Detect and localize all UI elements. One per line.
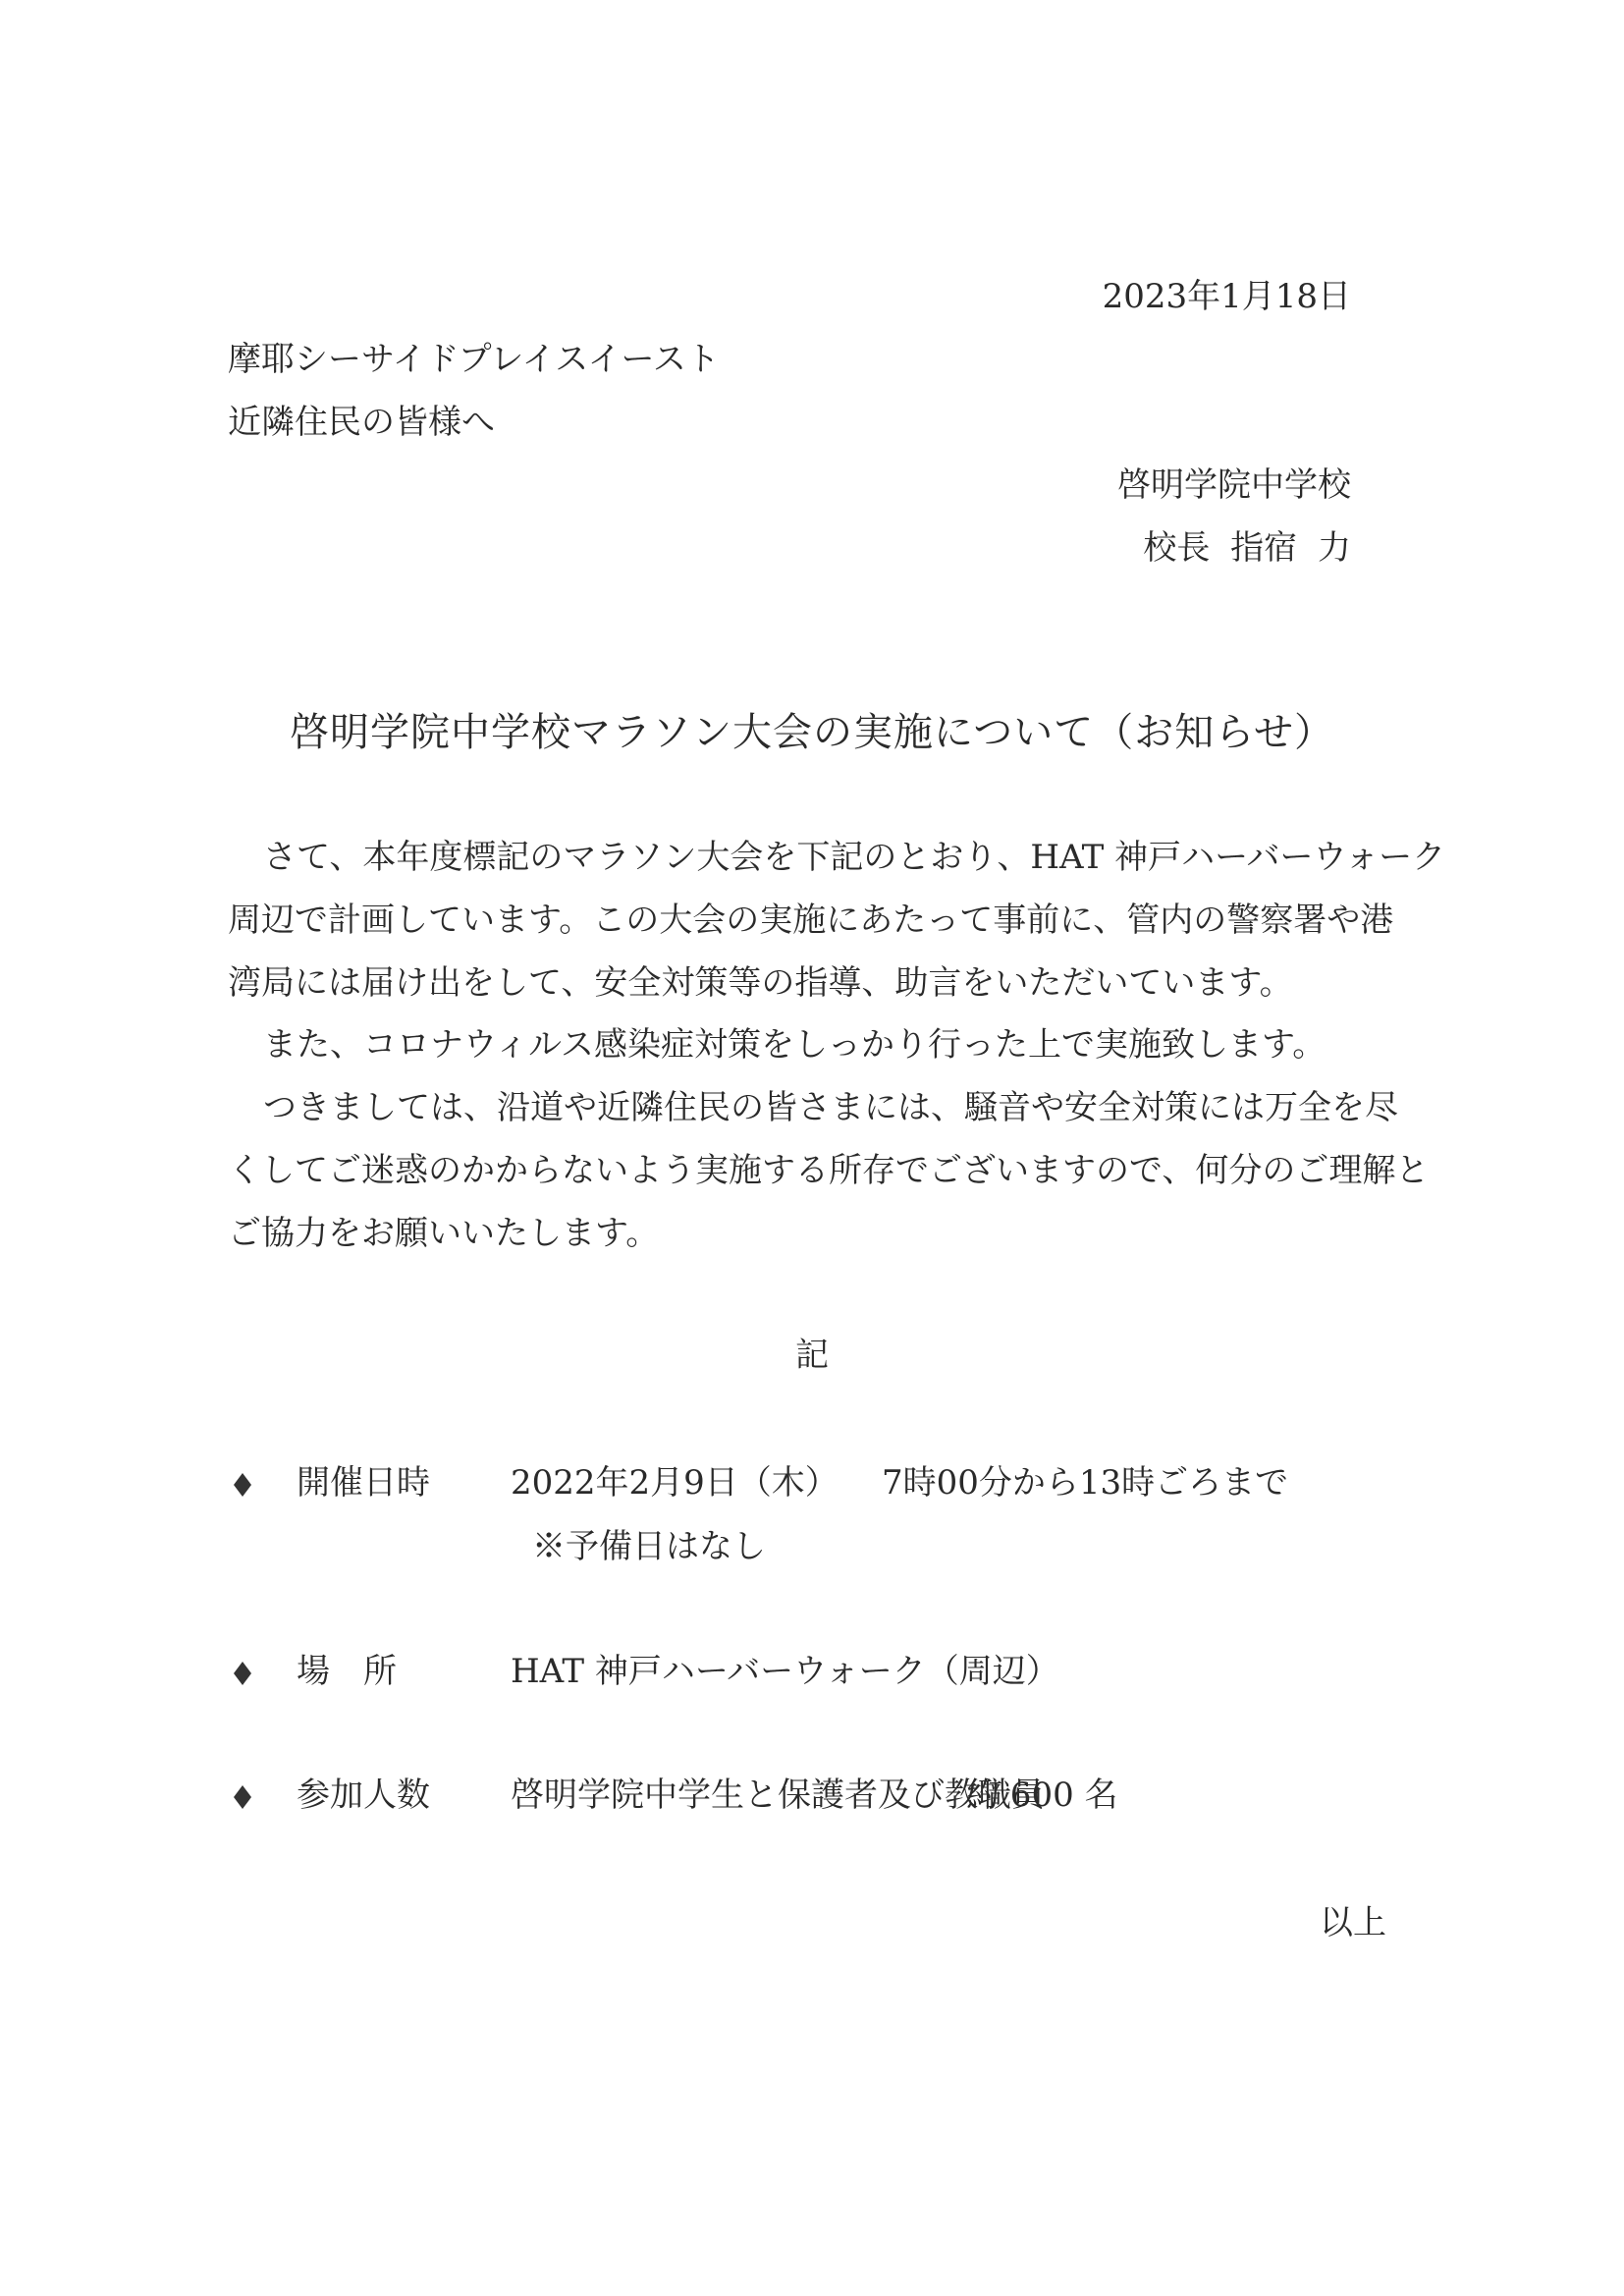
item-note: ※予備日はなし: [228, 1527, 1406, 1570]
diamond-bullet-icon: [234, 1785, 251, 1809]
body-line: 周辺で計画しています。この大会の実施にあたって事前に、管内の警察署や港: [228, 901, 1386, 940]
recipient-building: 摩耶シーサイドプレイスイースト: [228, 340, 720, 379]
body-line: さて、本年度標記のマラソン大会を下記のとおり、HAT 神戸ハーバーウォーク: [228, 838, 1386, 877]
item-participants: 参加人数 啓明学院中学生と保護者及び教職員 約 600 名: [228, 1776, 1406, 1819]
item-label: 場 所: [297, 1652, 397, 1691]
body-line: ご協力をお願いいたします。: [228, 1214, 1386, 1253]
document-title: 啓明学院中学校マラソン大会の実施について（お知らせ）: [0, 709, 1624, 756]
item-note-text: ※予備日はなし: [532, 1527, 766, 1566]
body-line: つきましては、沿道や近隣住民の皆さまには、騒音や安全対策には万全を尽: [228, 1088, 1386, 1127]
document-date: 2023年1月18日: [1103, 277, 1351, 316]
body-line: 湾局には届け出をして、安全対策等の指導、助言をいただいています。: [228, 963, 1386, 1003]
item-label: 参加人数: [297, 1776, 430, 1815]
ki-heading: 記: [0, 1336, 1624, 1375]
item-value-time: 7時00分から13時ごろまで: [882, 1463, 1288, 1503]
item-value: HAT 神戸ハーバーウォーク（周辺）: [511, 1652, 1059, 1691]
sender-organization: 啓明学院中学校: [1117, 465, 1351, 505]
diamond-bullet-icon: [234, 1473, 251, 1497]
sender-principal: 校長 指宿 力: [1143, 528, 1351, 568]
item-label: 開催日時: [297, 1463, 430, 1503]
diamond-bullet-icon: [234, 1662, 251, 1685]
item-date-time: 開催日時 2022年2月9日（木） 7時00分から13時ごろまで: [228, 1463, 1406, 1506]
closing-ijou: 以上: [1320, 1903, 1386, 1942]
item-value-count: 約 600 名: [966, 1776, 1118, 1815]
body-line: くしてご迷惑のかからないよう実施する所存でございますので、何分のご理解と: [228, 1151, 1386, 1190]
item-value: 2022年2月9日（木）: [511, 1463, 839, 1503]
item-value: 啓明学院中学生と保護者及び教職員: [511, 1776, 1045, 1815]
recipient-residents: 近隣住民の皆様へ: [228, 403, 495, 442]
item-location: 場 所 HAT 神戸ハーバーウォーク（周辺）: [228, 1652, 1406, 1695]
body-line: また、コロナウィルス感染症対策をしっかり行った上で実施致します。: [228, 1025, 1386, 1065]
